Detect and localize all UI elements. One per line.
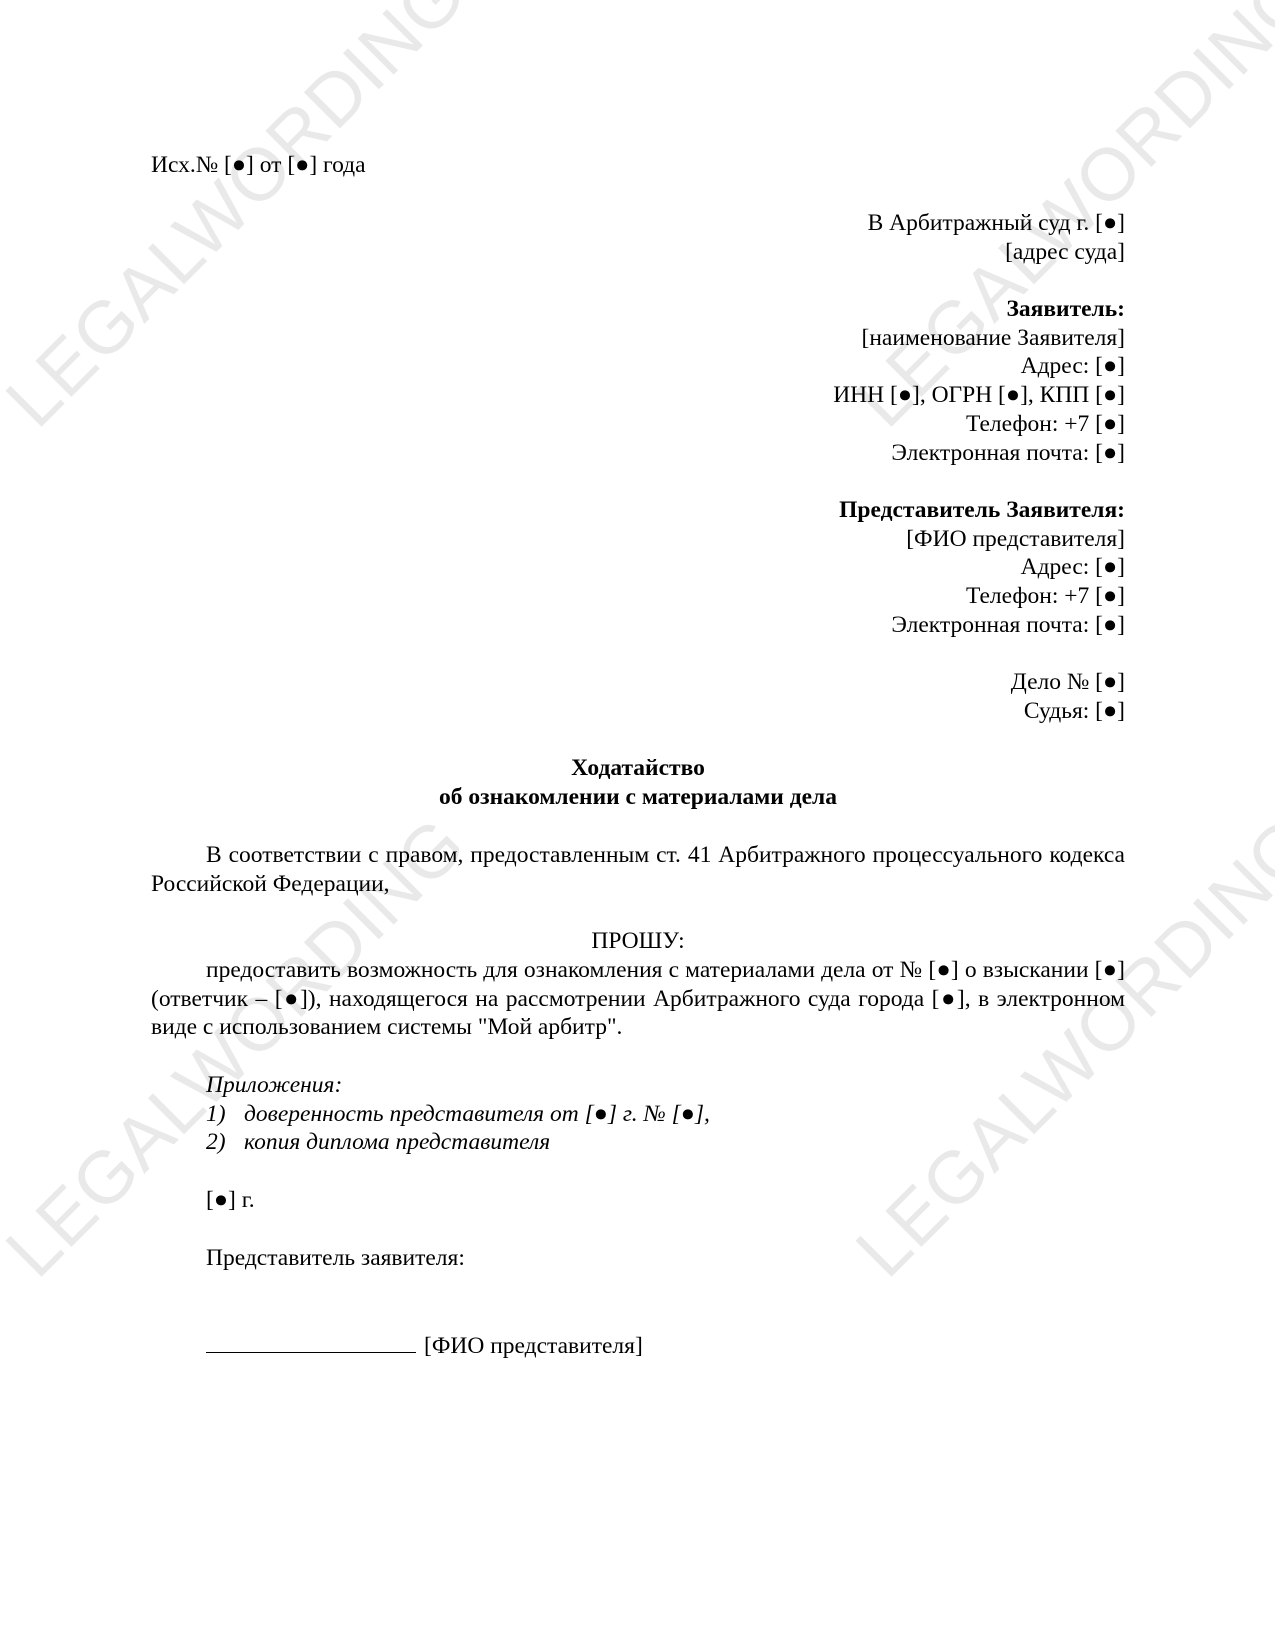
court-address: [адрес суда] <box>151 238 1125 267</box>
attachments-heading: Приложения: <box>206 1071 1180 1100</box>
case-block: Дело № [●] Судья: [●] <box>151 668 1125 725</box>
applicant-phone: Телефон: +7 [●] <box>151 410 1125 439</box>
attachment-text: копия диплома представителя <box>244 1128 550 1157</box>
court-name: В Арбитражный суд г. [●] <box>151 209 1125 238</box>
applicant-address: Адрес: [●] <box>151 352 1125 381</box>
title-line-1: Ходатайство <box>151 754 1125 783</box>
signer-label: Представитель заявителя: <box>151 1244 1180 1273</box>
applicant-heading: Заявитель: <box>151 295 1125 324</box>
applicant-name: [наименование Заявителя] <box>151 324 1125 353</box>
case-number: Дело № [●] <box>151 668 1125 697</box>
representative-email: Электронная почта: [●] <box>151 611 1125 640</box>
request-heading: ПРОШУ: <box>151 927 1125 956</box>
title-line-2: об ознакомлении с материалами дела <box>151 783 1125 812</box>
addressee-block: В Арбитражный суд г. [●] [адрес суда] <box>151 209 1125 266</box>
signature-block: [ФИО представителя] <box>151 1330 1180 1361</box>
representative-name: [ФИО представителя] <box>151 525 1125 554</box>
attachment-item: 1) доверенность представителя от [●] г. … <box>206 1100 1180 1129</box>
attachment-item: 2) копия диплома представителя <box>206 1128 1180 1157</box>
representative-heading: Представитель Заявителя: <box>151 496 1125 525</box>
outgoing-reference: Исх.№ [●] от [●] года <box>151 151 1125 180</box>
attachment-number: 1) <box>206 1100 244 1129</box>
representative-block: Представитель Заявителя: [ФИО представит… <box>151 496 1125 640</box>
representative-address: Адрес: [●] <box>151 553 1125 582</box>
representative-phone: Телефон: +7 [●] <box>151 582 1125 611</box>
applicant-ids: ИНН [●], ОГРН [●], КПП [●] <box>151 381 1125 410</box>
applicant-block: Заявитель: [наименование Заявителя] Адре… <box>151 295 1125 467</box>
document-page: LEGALWORDING LEGALWORDING LEGALWORDING L… <box>0 0 1275 1651</box>
intro-paragraph: В соответствии с правом, предоставленным… <box>151 841 1125 898</box>
document-date: [●] г. <box>151 1186 1180 1215</box>
signature-line <box>206 1330 416 1353</box>
attachment-number: 2) <box>206 1128 244 1157</box>
document-title: Ходатайство об ознакомлении с материалам… <box>151 754 1125 811</box>
signer-name: [ФИО представителя] <box>424 1333 643 1359</box>
case-judge: Судья: [●] <box>151 697 1125 726</box>
attachments-block: Приложения: 1) доверенность представител… <box>151 1071 1180 1157</box>
applicant-email: Электронная почта: [●] <box>151 439 1125 468</box>
request-paragraph: предоставить возможность для ознакомлени… <box>151 956 1125 1042</box>
attachment-text: доверенность представителя от [●] г. № [… <box>244 1100 710 1129</box>
